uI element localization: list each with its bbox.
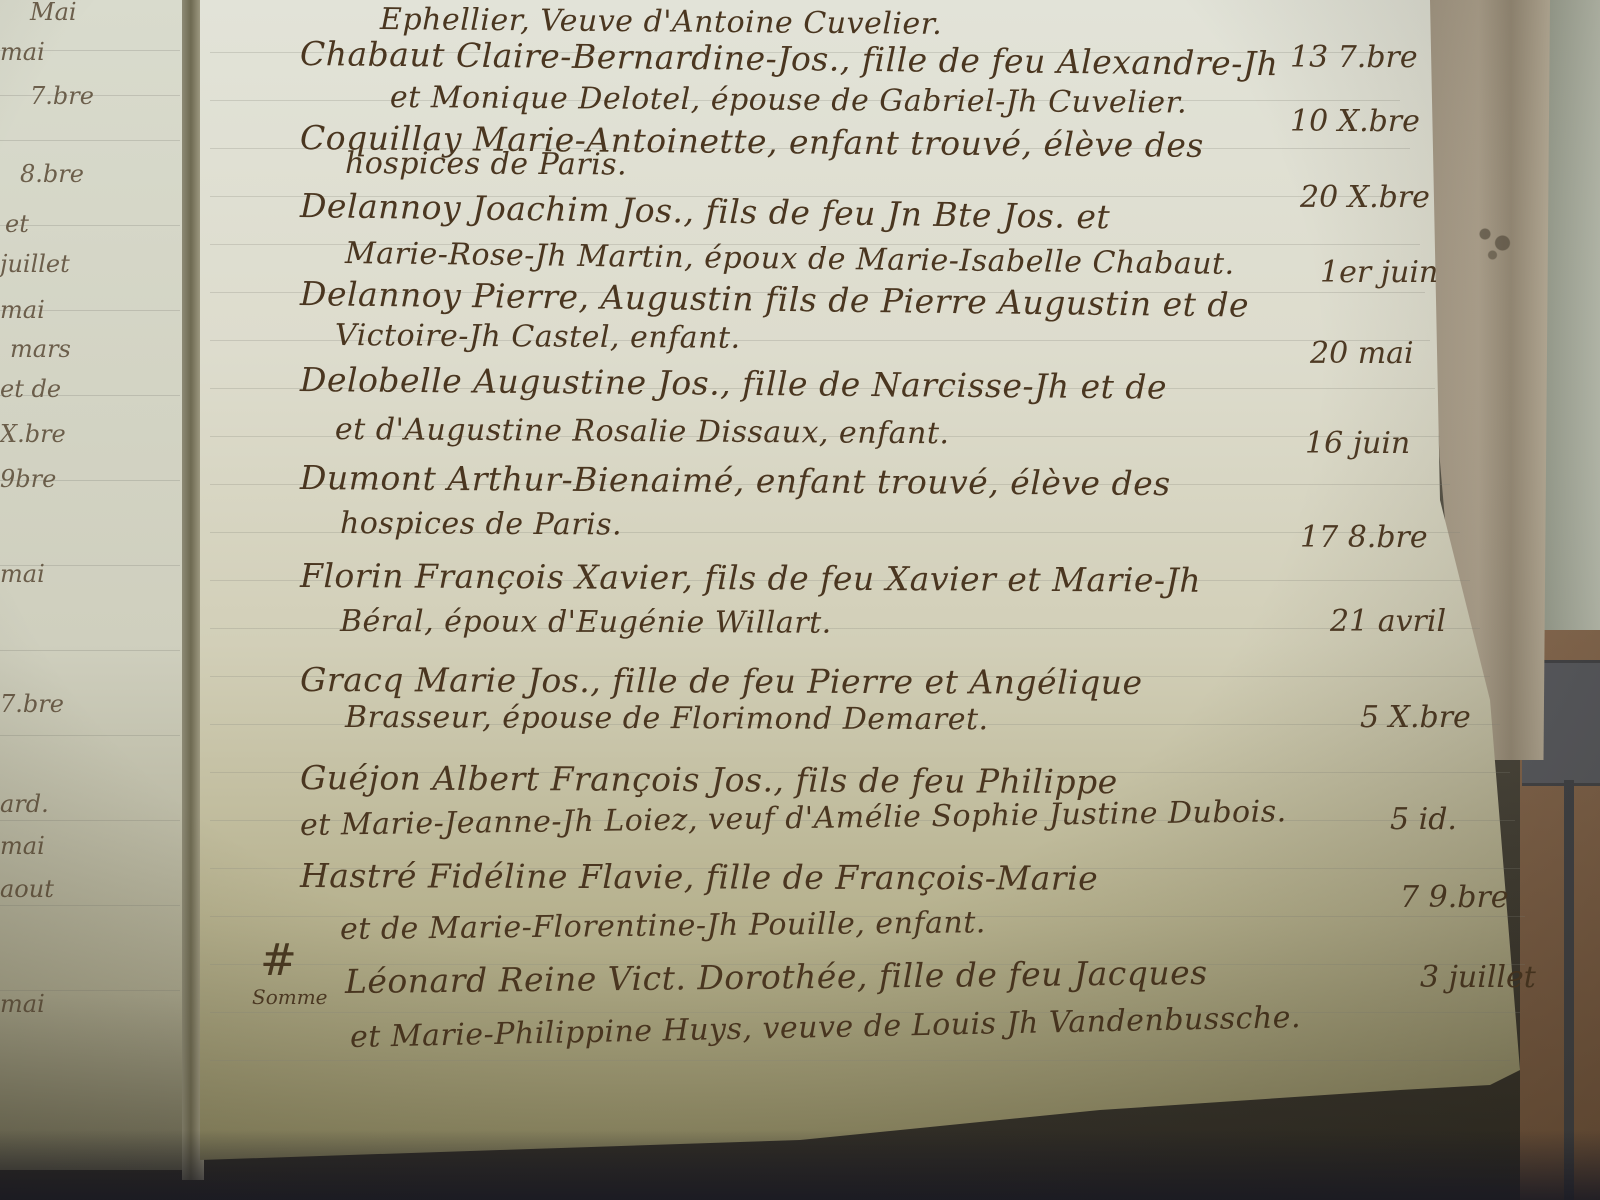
entry-continuation-line: hospices de Paris. (340, 506, 622, 542)
entry-date: 5 id. (1390, 802, 1457, 837)
entry-continuation-line: et d'Augustine Rosalie Dissaux, enfant. (335, 412, 950, 451)
entry-continuation-line: Victoire-Jh Castel, enfant. (335, 318, 741, 356)
left-margin-fragment: mai (0, 560, 45, 588)
left-margin-fragment: 7.bre (0, 690, 64, 718)
left-margin-fragment: 8.bre (20, 160, 84, 188)
entry-date-extra: 3 juillet (1420, 960, 1536, 995)
entry-continuation-line: et Monique Delotel, épouse de Gabriel-Jh… (390, 80, 1187, 121)
entry-date: 10 X.bre (1290, 104, 1420, 139)
entry-date: 13 7.bre (1290, 40, 1418, 75)
left-margin-fragment: Mai (30, 0, 77, 26)
left-margin-fragment: 9bre (0, 465, 56, 493)
page-stain (1470, 210, 1520, 270)
entry-name-line: Delobelle Augustine Jos., fille de Narci… (300, 360, 1167, 407)
entry-continuation-line: Béral, époux d'Eugénie Willart. (340, 604, 832, 641)
left-margin-fragment: et de (0, 375, 61, 403)
left-page: Mai mai 7.bre 8.bre et juillet mai mars … (0, 0, 192, 1170)
left-margin-fragment: mars (10, 335, 71, 363)
entry-continuation-line: hospices de Paris. (345, 146, 627, 182)
left-margin-fragment: mai (0, 296, 45, 324)
left-margin-fragment: mai (0, 990, 45, 1018)
left-margin-fragment: et (5, 210, 29, 238)
left-margin-fragment: aout (0, 875, 54, 903)
table-rod (1564, 780, 1574, 1200)
entry-name-line: Guéjon Albert François Jos., fils de feu… (300, 758, 1118, 801)
entry-date: 16 juin (1305, 426, 1410, 461)
entry-date: 21 avril (1330, 604, 1446, 639)
entry-date: 20 X.bre (1300, 180, 1430, 215)
left-margin-fragment: mai (0, 832, 45, 860)
entry-date: 7 9.bre (1400, 880, 1509, 915)
margin-hash-mark: # (260, 935, 297, 986)
entry-name-line: Florin François Xavier, fils de feu Xavi… (300, 556, 1201, 600)
entry-continuation-line: et de Marie-Florentine-Jh Pouille, enfan… (340, 905, 986, 947)
left-margin-fragment: ard. (0, 790, 49, 818)
entry-date: 1er juin (1320, 255, 1438, 290)
entry-date: 20 mai (1310, 336, 1414, 371)
entry-continuation-line: Brasseur, épouse de Florimond Demaret. (345, 700, 989, 737)
entry-name-line: Dumont Arthur-Bienaimé, enfant trouvé, é… (300, 458, 1171, 503)
left-margin-fragment: 7.bre (30, 82, 94, 110)
entry-date: 17 8.bre (1300, 520, 1428, 555)
entry-name-line: Gracq Marie Jos., fille de feu Pierre et… (300, 660, 1143, 702)
left-margin-fragment: X.bre (0, 420, 66, 448)
photo-scene: Mai mai 7.bre 8.bre et juillet mai mars … (0, 0, 1600, 1200)
left-margin-fragment: juillet (0, 250, 70, 278)
entry-name-line: Hastré Fidéline Flavie, fille de Françoi… (300, 856, 1098, 898)
left-margin-fragment: mai (0, 38, 45, 66)
margin-note-word: Somme (252, 985, 328, 1009)
entry-date: 5 X.bre (1360, 700, 1471, 735)
